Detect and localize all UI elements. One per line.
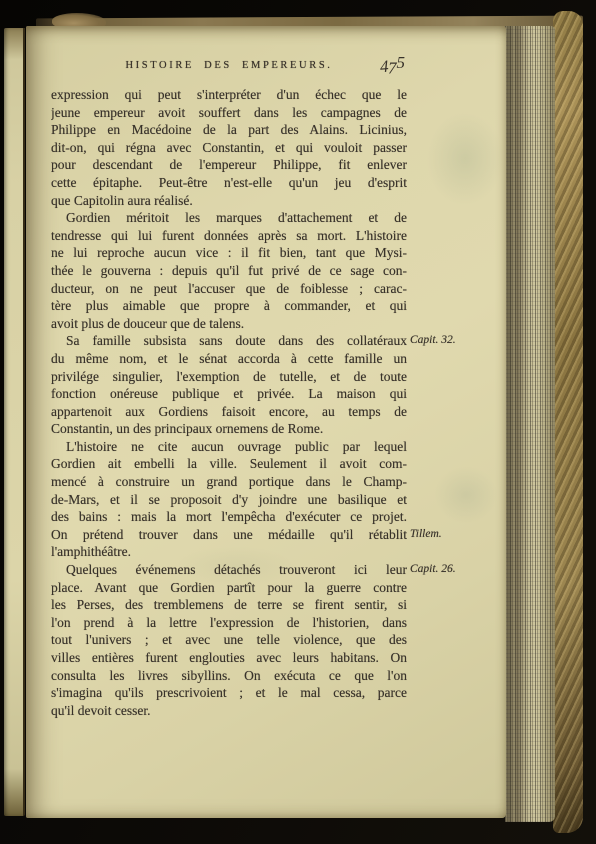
- page-stack-fore-edge: [505, 26, 555, 822]
- text-line: s'imagina qu'ils prescrivoient ; et le m…: [51, 684, 407, 702]
- paragraph: L'histoire ne cite aucun ouvrage public …: [51, 438, 407, 561]
- text-line: ne lui reproche aucun vice : il fit bien…: [51, 244, 407, 262]
- text-line: les Perses, des tremblemens de terre se …: [51, 596, 407, 614]
- ink-showthrough-smudge: [434, 466, 498, 524]
- book-cover-right-edge: [553, 11, 583, 833]
- text-line: thée le gouverna : depuis qu'il fut priv…: [51, 262, 407, 280]
- text-line: consulta les livres sibyllins. On exécut…: [51, 667, 407, 685]
- text-line: tère plus aimable que propre à commander…: [51, 297, 407, 315]
- text-line: ducteur, on ne peut l'accuser que de foi…: [51, 280, 407, 298]
- text-line: place. Avant que Gordien partît pour la …: [51, 579, 407, 597]
- text-line: Philippe en Macédoine de la part des Ala…: [51, 121, 407, 139]
- text-line: avoit plus de douceur que de talens.: [51, 315, 407, 333]
- text-line: l'on prend à la lettre l'expression de l…: [51, 614, 407, 632]
- text-line: appartenoit aux Gordiens faisoit encore,…: [51, 403, 407, 421]
- text-line: privilége singulier, l'exemption de tute…: [51, 368, 407, 386]
- text-line: Constantin, un des principaux ornemens d…: [51, 420, 407, 438]
- text-line: tendresse qui lui furent données après s…: [51, 227, 407, 245]
- text-line: du même nom, et le sénat accorda à cette…: [51, 350, 407, 368]
- text-block: expression qui peut s'interpréter d'un é…: [51, 86, 407, 719]
- paragraph: Quelques événemens détachés trouveront i…: [51, 561, 407, 719]
- text-line: villes entières furent englouties avec l…: [51, 649, 407, 667]
- text-line: des bains : mais la mort l'empêcha d'exé…: [51, 508, 407, 526]
- paragraph: Gordien méritoit les marques d'attacheme…: [51, 209, 407, 332]
- text-line: Quelques événemens détachés trouveront i…: [51, 561, 407, 579]
- text-line: de-Mars, et il se proposoit d'y joindre …: [51, 491, 407, 509]
- text-line: L'histoire ne cite aucun ouvrage public …: [51, 438, 407, 456]
- scanned-book-photo: HISTOIRE DES EMPEREURS. 475 expression q…: [0, 0, 596, 844]
- text-line: On prétend trouver dans une médaille qu'…: [51, 526, 407, 544]
- margin-note: Tillem.: [410, 526, 486, 544]
- book-page: HISTOIRE DES EMPEREURS. 475 expression q…: [26, 26, 506, 818]
- text-line: l'amphithéâtre.: [51, 543, 407, 561]
- ink-showthrough-smudge: [426, 111, 504, 206]
- facing-page-edge: [4, 28, 25, 816]
- text-line: qu'il devoit cesser.: [51, 702, 407, 720]
- page-number: 475: [380, 55, 406, 75]
- text-line: Gordien méritoit les marques d'attacheme…: [51, 209, 407, 227]
- text-line: Sa famille subsista sans doute dans des …: [51, 332, 407, 350]
- text-line: que Capitolin aura réalisé.: [51, 192, 407, 210]
- text-line: jeune empereur avoit souffert dans les c…: [51, 104, 407, 122]
- paragraph: Sa famille subsista sans doute dans des …: [51, 332, 407, 438]
- text-line: cette épitaphe. Peut-être n'est-elle qu'…: [51, 174, 407, 192]
- text-line: expression qui peut s'interpréter d'un é…: [51, 86, 407, 104]
- text-line: fonction onéreuse publique et privée. La…: [51, 385, 407, 403]
- margin-note: Capit. 26.: [410, 561, 486, 579]
- text-line: tout l'univers ; et avec une telle viole…: [51, 631, 407, 649]
- text-line: pour descendant de l'empereur Philippe, …: [51, 156, 407, 174]
- text-line: mencé à construire un grand portique dan…: [51, 473, 407, 491]
- paragraph: expression qui peut s'interpréter d'un é…: [51, 86, 407, 209]
- text-line: Gordien ait embelli la ville. Seulement …: [51, 455, 407, 473]
- text-line: dit-on, qui régna avec Constantin, et qu…: [51, 139, 407, 157]
- margin-note: Capit. 32.: [410, 332, 486, 350]
- running-title: HISTOIRE DES EMPEREURS.: [51, 60, 407, 71]
- page-header: HISTOIRE DES EMPEREURS. 475: [51, 60, 407, 84]
